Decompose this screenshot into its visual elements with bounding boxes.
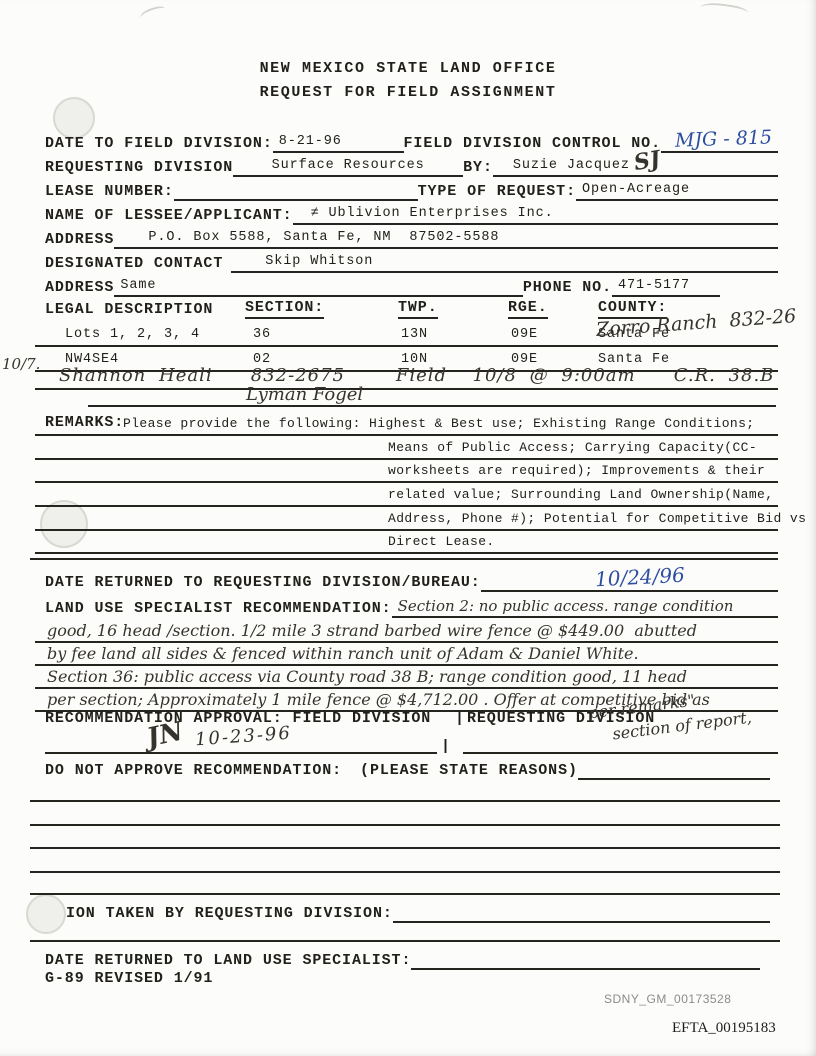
ruled-line: [30, 800, 780, 802]
date-to-field-division-label: DATE TO FIELD DIVISION:: [45, 135, 273, 153]
date-returned-specialist-blank-line: [411, 967, 760, 970]
form-title-line2: REQUEST FOR FIELD ASSIGNMENT: [0, 84, 816, 101]
suzie-signature: SJ: [632, 146, 662, 176]
recommendation-line: by fee land all sides & fenced within ra…: [35, 641, 778, 666]
remarks-line: Direct Lease.: [388, 533, 495, 550]
ruled-line: [30, 871, 780, 873]
action-taken-label: ION TAKEN BY REQUESTING DIVISION:: [66, 905, 393, 923]
land-use-recommendation-label: LAND USE SPECIALIST RECOMMENDATION:: [45, 600, 392, 618]
legal-col-twp: TWP.: [398, 299, 438, 319]
type-of-request-value: Open-Acreage: [582, 181, 690, 198]
pencil-smudge: [699, 1, 748, 22]
lease-number-label: LEASE NUMBER:: [45, 183, 174, 201]
lessee-value: ≠ Ublivion Enterprises Inc.: [311, 205, 554, 222]
date-returned-label: DATE RETURNED TO REQUESTING DIVISION/BUR…: [45, 574, 481, 592]
ruled-line: [30, 940, 780, 942]
date-returned-specialist-label: DATE RETURNED TO LAND USE SPECIALIST:: [45, 952, 411, 970]
field-row-lease-number: LEASE NUMBER: TYPE OF REQUEST: Open-Acre…: [45, 179, 778, 201]
contact-note-text: Shannon Heali 832-2675 Field 10/8 @ 9:00…: [59, 365, 774, 386]
legal-rge: 09E: [511, 326, 538, 343]
form-number: G-89 REVISED 1/91: [45, 970, 213, 988]
lessee-label: NAME OF LESSEE/APPLICANT:: [45, 207, 293, 225]
bates-stamp-sdny: SDNY_GM_00173528: [604, 992, 731, 1006]
address2-value: Same: [120, 277, 156, 294]
ruled-line: [30, 824, 780, 826]
type-of-request-label: TYPE OF REQUEST:: [418, 183, 576, 201]
lease-number-blank: [174, 198, 418, 201]
by-label: BY:: [463, 159, 493, 177]
scanned-form-page: NEW MEXICO STATE LAND OFFICE REQUEST FOR…: [0, 0, 816, 1056]
contact-note-name: Lyman Fogel: [246, 384, 363, 405]
legal-section: 36: [253, 326, 271, 343]
field-row-land-use-recommendation: LAND USE SPECIALIST RECOMMENDATION: Sect…: [45, 594, 778, 618]
legal-description-label: LEGAL DESCRIPTION: [45, 301, 213, 319]
recommendation-handwriting: Section 2: no public access. range condi…: [398, 597, 734, 615]
remarks-row: related value; Surrounding Land Ownershi…: [35, 483, 778, 507]
remarks-line: Please provide the following: Highest & …: [123, 415, 755, 432]
phone-no-label: PHONE NO.: [523, 279, 612, 297]
address-value: P.O. Box 5588, Santa Fe, NM 87502-5588: [148, 229, 499, 246]
ruled-line: [30, 893, 780, 895]
remarks-line: related value; Surrounding Land Ownershi…: [388, 486, 773, 503]
legal-col-rge: RGE.: [508, 299, 548, 319]
column-separator: |: [441, 738, 451, 756]
reasons-blank-line: [578, 777, 770, 780]
designated-contact-label: DESIGNATED CONTACT: [45, 255, 223, 273]
date-to-field-division-value: 8-21-96: [279, 133, 342, 150]
signature-line-field-division: [45, 752, 437, 754]
field-row-address: ADDRESS P.O. Box 5588, Santa Fe, NM 8750…: [45, 227, 778, 249]
requesting-division-value: Surface Resources: [272, 157, 425, 174]
remarks-row: Address, Phone #); Potential for Competi…: [35, 507, 778, 531]
field-row-action-taken: ION TAKEN BY REQUESTING DIVISION:: [66, 901, 770, 923]
do-not-approve-label: DO NOT APPROVE RECOMMENDATION:: [45, 762, 342, 780]
remarks-row: Direct Lease.: [35, 530, 778, 554]
field-row-designated-contact: DESIGNATED CONTACT Skip Whitson: [45, 251, 778, 273]
remarks-row: worksheets are required); Improvements &…: [35, 459, 778, 483]
by-value: Suzie Jacquez: [513, 157, 630, 174]
action-taken-blank-line: [393, 920, 770, 923]
signature-line-requesting-division: [463, 752, 778, 754]
legal-desc: Lots 1, 2, 3, 4: [65, 326, 200, 343]
column-separator: |: [455, 710, 465, 728]
field-row-date-returned: DATE RETURNED TO REQUESTING DIVISION/BUR…: [45, 568, 778, 592]
form-title-line1: NEW MEXICO STATE LAND OFFICE: [0, 60, 816, 77]
recommendation-handwriting: good, 16 head /section. 1/2 mile 3 stran…: [47, 621, 697, 640]
ruled-line: [30, 847, 780, 849]
legal-twp: 13N: [401, 326, 428, 343]
remarks-line: Address, Phone #); Potential for Competi…: [388, 510, 806, 527]
field-row-address2-phone: ADDRESS Same PHONE NO. 471-5177: [45, 275, 720, 297]
field-division-signature: JN: [144, 717, 186, 754]
remarks-line: Means of Public Access; Carrying Capacit…: [388, 439, 757, 456]
recommendation-handwriting: Section 36: public access via County roa…: [47, 667, 687, 686]
ruled-line: [30, 558, 778, 560]
remarks-label: REMARKS:: [45, 414, 124, 432]
legal-col-section: SECTION:: [245, 299, 324, 319]
designated-contact-value: Skip Whitson: [265, 253, 373, 270]
remarks-row: Means of Public Access; Carrying Capacit…: [35, 436, 778, 460]
remarks-line: worksheets are required); Improvements &…: [388, 462, 765, 479]
handwritten-contact-line2: Lyman Fogel: [88, 388, 776, 407]
address2-label: ADDRESS: [45, 279, 114, 297]
field-row-requesting-division: REQUESTING DIVISION Surface Resources BY…: [45, 155, 778, 177]
bates-stamp-efta: EFTA_00195183: [672, 1020, 776, 1037]
requesting-division-label: REQUESTING DIVISION: [45, 159, 233, 177]
approval-signature-row: | JN 10-23-96: [45, 730, 778, 754]
pencil-smudge: [139, 4, 167, 23]
field-row-date-returned-specialist: DATE RETURNED TO LAND USE SPECIALIST:: [45, 948, 760, 970]
date-returned-value: 10/24/96: [594, 563, 685, 592]
recommendation-handwriting: by fee land all sides & fenced within ra…: [47, 644, 639, 663]
handwritten-contact-line: Shannon Heali 832-2675 Field 10/8 @ 9:00…: [35, 366, 778, 390]
recommendation-line: good, 16 head /section. 1/2 mile 3 stran…: [35, 618, 778, 643]
phone-no-value: 471-5177: [618, 277, 690, 294]
remarks-row: REMARKS: Please provide the following: H…: [35, 412, 778, 436]
state-reasons-label: (PLEASE STATE REASONS): [360, 762, 578, 780]
field-row-lessee: NAME OF LESSEE/APPLICANT: ≠ Ublivion Ent…: [45, 203, 778, 225]
recommendation-line: Section 36: public access via County roa…: [35, 664, 778, 689]
hole-punch: [26, 894, 66, 934]
field-row-do-not-approve: DO NOT APPROVE RECOMMENDATION: (PLEASE S…: [45, 758, 770, 780]
address-label: ADDRESS: [45, 231, 114, 249]
